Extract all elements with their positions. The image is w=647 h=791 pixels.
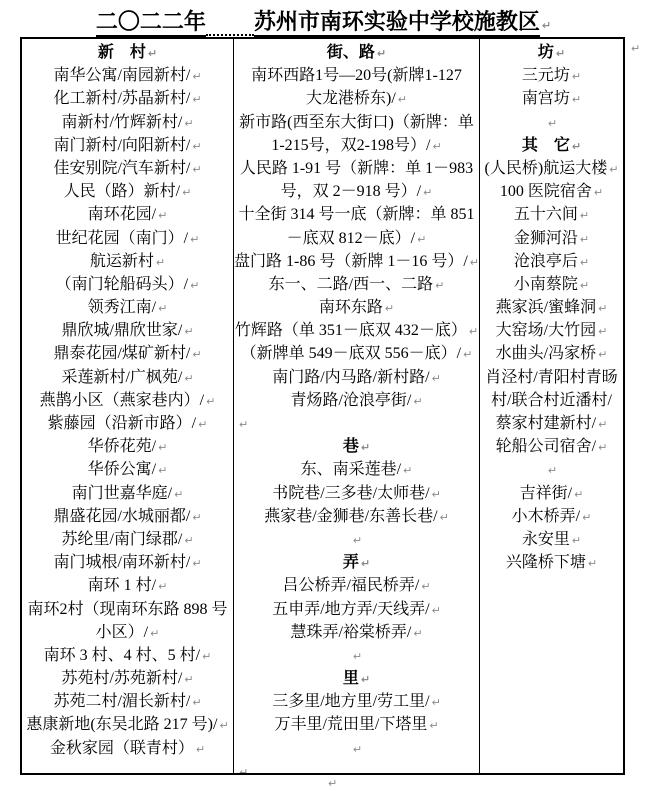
paragraph-mark-icon: ↵ bbox=[182, 186, 191, 199]
line-text: 弄 bbox=[343, 554, 359, 571]
paragraph-mark-icon: ↵ bbox=[184, 673, 193, 686]
line-text: 惠康新地(东吴北路 217 号)/ bbox=[26, 716, 217, 733]
line-text: 沧浪亭后 bbox=[514, 253, 578, 270]
list-line: 万丰里/荒田里/下塔里↵ bbox=[234, 713, 479, 736]
line-text: 大龙港桥东)/ bbox=[306, 90, 396, 107]
paragraph-mark-icon: ↵ bbox=[432, 140, 441, 153]
paragraph-mark-icon: ↵ bbox=[574, 488, 583, 501]
line-text: 金狮河沿 bbox=[514, 230, 578, 247]
paragraph-mark-icon: ↵ bbox=[580, 279, 589, 292]
line-text: 人民路 1-91 号（新牌：单 1－983 bbox=[240, 160, 473, 177]
blank-line: ↵ bbox=[234, 737, 479, 760]
line-text: 南新村/竹辉新村/ bbox=[61, 114, 182, 131]
section-header: 其 它↵ bbox=[480, 134, 623, 157]
list-line: 南环花园/↵ bbox=[22, 203, 233, 226]
blank-line: ↵ bbox=[234, 644, 479, 667]
list-line: 南环东路↵ bbox=[234, 296, 479, 319]
line-text: 人民（路）新村/ bbox=[64, 183, 180, 200]
paragraph-mark-icon: ↵ bbox=[421, 580, 430, 593]
list-line: 小木桥弄/↵ bbox=[480, 505, 623, 528]
paragraph-mark-icon: ↵ bbox=[432, 372, 441, 385]
list-line: 鼎盛花园/水城丽都/↵ bbox=[22, 505, 233, 528]
paragraph-mark-icon: ↵ bbox=[548, 464, 557, 477]
paragraph-mark-icon: ↵ bbox=[192, 163, 201, 176]
paragraph-mark-icon: ↵ bbox=[158, 464, 167, 477]
paragraph-mark-icon: ↵ bbox=[156, 256, 165, 269]
column-header-text: 坊 bbox=[538, 44, 554, 61]
line-text: 吕公桥弄/福民桥弄/ bbox=[282, 577, 419, 594]
list-line: 大窑场/大竹园↵ bbox=[480, 319, 623, 342]
line-text: 肖泾村/青阳村青旸 bbox=[485, 369, 617, 386]
line-text: 南环花园/ bbox=[88, 206, 156, 223]
title-underline-gap bbox=[206, 14, 254, 36]
list-line: 惠康新地(东吴北路 217 号)/↵ bbox=[22, 713, 233, 736]
paragraph-mark-icon: ↵ bbox=[572, 534, 581, 547]
title-school-name: 苏州市南环实验中学校施教区 bbox=[254, 9, 540, 37]
line-text: 苏苑二村/湄长新村/ bbox=[53, 693, 190, 710]
list-line: 南门城根/南环新村/↵ bbox=[22, 551, 233, 574]
list-line: 紫藤园（沿新市路）/↵ bbox=[22, 412, 233, 435]
list-line: 五申弄/地方弄/天线弄/↵ bbox=[234, 598, 479, 621]
column-jielu: 街、路↵ 南环西路1号—20号(新牌1-127大龙港桥东)/↵新市路(西至东大街… bbox=[234, 39, 480, 773]
line-text: 永安里 bbox=[522, 531, 570, 548]
blank-line: ↵ bbox=[480, 111, 623, 134]
paragraph-mark-icon: ↵ bbox=[469, 325, 478, 338]
list-line: 号，双 2－918 号）/↵ bbox=[234, 180, 479, 203]
paragraph-mark-icon: ↵ bbox=[588, 557, 597, 570]
paragraph-mark-icon: ↵ bbox=[572, 93, 581, 106]
line-text: 里 bbox=[343, 670, 359, 687]
blank-line: ↵ bbox=[480, 458, 623, 481]
table-row-end-mark-icon: ↵ bbox=[631, 42, 640, 55]
line-text: 1-215号，双2-198号）/ bbox=[271, 137, 430, 154]
paragraph-mark-icon: ↵ bbox=[440, 511, 449, 524]
list-line: 村/联合村近潘村/ bbox=[480, 389, 623, 412]
paragraph-mark-icon: ↵ bbox=[542, 19, 551, 32]
section-header: 巷↵ bbox=[234, 435, 479, 458]
fang-list: 三元坊↵南宫坊↵↵其 它↵(人民桥)航运大楼↵100 医院宿舍↵五十六间↵金狮河… bbox=[480, 64, 623, 574]
blank-line: ↵ bbox=[234, 412, 479, 435]
column-xincun: 新 村↵ 南华公寓/南园新村/↵化工新村/苏晶新村/↵南新村/竹辉新村/↵南门新… bbox=[22, 39, 234, 773]
line-text: 金秋家园（联青村） bbox=[50, 740, 194, 757]
paragraph-mark-icon: ↵ bbox=[413, 627, 422, 640]
line-text: 采莲新村/广枫苑/ bbox=[61, 369, 182, 386]
line-text: 南华公寓/南园新村/ bbox=[53, 67, 190, 84]
line-text: 佳安别院/汽车新村/ bbox=[53, 160, 190, 177]
line-text: 青炀路/沧浪亭街/ bbox=[290, 392, 411, 409]
paragraph-mark-icon: ↵ bbox=[148, 47, 157, 60]
list-line: 十全街 314 号一底（新牌：单 851 bbox=[234, 203, 479, 226]
list-line: 东、南采莲巷/↵ bbox=[234, 458, 479, 481]
district-table: 新 村↵ 南华公寓/南园新村/↵化工新村/苏晶新村/↵南新村/竹辉新村/↵南门新… bbox=[20, 37, 625, 775]
paragraph-mark-icon: ↵ bbox=[184, 534, 193, 547]
list-line: 苏纶里/南门绿郡/↵ bbox=[22, 528, 233, 551]
list-line: 吉祥街/↵ bbox=[480, 482, 623, 505]
list-line: 小南蔡院↵ bbox=[480, 273, 623, 296]
line-text: 竹辉路（单 351－底双 432－底） bbox=[235, 322, 467, 339]
paragraph-mark-icon: ↵ bbox=[432, 604, 441, 617]
paragraph-mark-icon: ↵ bbox=[385, 302, 394, 315]
list-line: 蔡家村建新村/↵ bbox=[480, 412, 623, 435]
list-line: 三多里/地方里/劳工里/↵ bbox=[234, 690, 479, 713]
column-header-fang: 坊↵ bbox=[480, 41, 623, 64]
list-line: 五十六间↵ bbox=[480, 203, 623, 226]
list-line: 水曲头/冯家桥↵ bbox=[480, 342, 623, 365]
document-end-mark-icon: ↵ bbox=[328, 777, 337, 790]
paragraph-mark-icon: ↵ bbox=[413, 395, 422, 408]
line-text: 小南蔡院 bbox=[514, 276, 578, 293]
paragraph-mark-icon: ↵ bbox=[556, 47, 565, 60]
line-text: 华侨花苑/ bbox=[88, 438, 156, 455]
column-header-jielu: 街、路↵ bbox=[234, 41, 479, 64]
paragraph-mark-icon: ↵ bbox=[361, 673, 370, 686]
column-header-xincun: 新 村↵ bbox=[22, 41, 233, 64]
line-text: 南环东路 bbox=[319, 299, 383, 316]
line-text: 五申弄/地方弄/天线弄/ bbox=[272, 601, 429, 618]
paragraph-mark-icon: ↵ bbox=[184, 372, 193, 385]
list-line: 金秋家园（联青村）↵ bbox=[22, 737, 233, 760]
paragraph-mark-icon: ↵ bbox=[158, 209, 167, 222]
list-line: 金狮河沿↵ bbox=[480, 227, 623, 250]
list-line: 佳安别院/汽车新村/↵ bbox=[22, 157, 233, 180]
paragraph-mark-icon: ↵ bbox=[572, 140, 581, 153]
paragraph-mark-icon: ↵ bbox=[192, 696, 201, 709]
list-line: （新牌单 549－底双 556－底）/↵ bbox=[234, 342, 479, 365]
title-year: 二〇二二年 bbox=[96, 9, 206, 37]
list-line: 新市路(西至东大街口)（新牌：单 bbox=[234, 111, 479, 134]
line-text: 五十六间 bbox=[514, 206, 578, 223]
line-text: 领秀江南/ bbox=[88, 299, 156, 316]
list-line: 轮船公司宿舍/↵ bbox=[480, 435, 623, 458]
list-line: 南环 1 村/↵ bbox=[22, 574, 233, 597]
line-text: （南门轮船码头）/ bbox=[56, 276, 188, 293]
paragraph-mark-icon: ↵ bbox=[361, 441, 370, 454]
list-line: 鼎欣城/鼎欣世家/↵ bbox=[22, 319, 233, 342]
list-line: 南华公寓/南园新村/↵ bbox=[22, 64, 233, 87]
line-text: 燕家浜/蜜蜂洞 bbox=[496, 299, 596, 316]
list-line: 沧浪亭后↵ bbox=[480, 250, 623, 273]
page-title: 二〇二二年苏州市南环实验中学校施教区↵ bbox=[0, 5, 647, 36]
paragraph-mark-icon: ↵ bbox=[190, 279, 199, 292]
list-line: 世纪花园（南门）/↵ bbox=[22, 227, 233, 250]
list-line: （南门轮船码头）/↵ bbox=[22, 273, 233, 296]
list-line: 青炀路/沧浪亭街/↵ bbox=[234, 389, 479, 412]
list-line: 盘门路 1-86 号（新牌 1－16 号）/↵ bbox=[234, 250, 479, 273]
list-line: 苏苑村/苏苑新村/↵ bbox=[22, 667, 233, 690]
paragraph-mark-icon: ↵ bbox=[598, 441, 607, 454]
paragraph-mark-icon: ↵ bbox=[572, 70, 581, 83]
list-line: 燕鹊小区（燕家巷内）/↵ bbox=[22, 389, 233, 412]
line-text: 鼎盛花园/水城丽都/ bbox=[53, 508, 190, 525]
list-line: 南新村/竹辉新村/↵ bbox=[22, 111, 233, 134]
line-text: 其 它 bbox=[522, 137, 570, 154]
line-text: 十全街 314 号一底（新牌：单 851 bbox=[238, 206, 474, 223]
line-text: 南环2村（现南环东路 898 号 bbox=[27, 601, 227, 618]
blank-line: ↵ bbox=[234, 528, 479, 551]
paragraph-mark-icon: ↵ bbox=[398, 93, 407, 106]
list-line: 南门世嘉华庭/↵ bbox=[22, 482, 233, 505]
line-text: 燕鹊小区（燕家巷内）/ bbox=[40, 392, 204, 409]
list-line: 小区）/↵ bbox=[22, 621, 233, 644]
list-line: 苏苑二村/湄长新村/↵ bbox=[22, 690, 233, 713]
paragraph-mark-icon: ↵ bbox=[184, 325, 193, 338]
line-text: 小木桥弄/ bbox=[512, 508, 580, 525]
line-text: 鼎泰花园/煤矿新村/ bbox=[53, 345, 190, 362]
paragraph-mark-icon: ↵ bbox=[192, 93, 201, 106]
list-line: 华侨花苑/↵ bbox=[22, 435, 233, 458]
paragraph-mark-icon: ↵ bbox=[377, 47, 386, 60]
list-line: 燕家巷/金狮巷/东善长巷/↵ bbox=[234, 505, 479, 528]
list-line: 慧珠弄/裕棠桥弄/↵ bbox=[234, 621, 479, 644]
list-line: 人民路 1-91 号（新牌：单 1－983 bbox=[234, 157, 479, 180]
paragraph-mark-icon: ↵ bbox=[206, 395, 215, 408]
xincun-list: 南华公寓/南园新村/↵化工新村/苏晶新村/↵南新村/竹辉新村/↵南门新村/向阳新… bbox=[22, 64, 233, 760]
paragraph-mark-icon: ↵ bbox=[417, 233, 426, 246]
paragraph-mark-icon: ↵ bbox=[192, 140, 201, 153]
list-line: 航运新村↵ bbox=[22, 250, 233, 273]
paragraph-mark-icon: ↵ bbox=[594, 186, 603, 199]
line-text: 万丰里/荒田里/下塔里 bbox=[274, 716, 427, 733]
blank-line: ↵ bbox=[234, 760, 479, 773]
list-line: 永安里↵ bbox=[480, 528, 623, 551]
line-text: 书院巷/三多巷/太师巷/ bbox=[272, 485, 429, 502]
line-text: 南环 1 村/ bbox=[88, 577, 156, 594]
line-text: 南门世嘉华庭/ bbox=[72, 485, 172, 502]
paragraph-mark-icon: ↵ bbox=[598, 302, 607, 315]
line-text: 华侨公寓/ bbox=[88, 461, 156, 478]
list-line: －底双 812－底）/↵ bbox=[234, 227, 479, 250]
line-text: 东一、二路/西一、二路 bbox=[269, 276, 433, 293]
line-text: 南门新村/向阳新村/ bbox=[53, 137, 190, 154]
line-text: 航运新村 bbox=[90, 253, 154, 270]
line-text: 紫藤园（沿新市路）/ bbox=[48, 415, 196, 432]
paragraph-mark-icon: ↵ bbox=[158, 580, 167, 593]
list-line: 大龙港桥东)/↵ bbox=[234, 87, 479, 110]
line-text: 巷 bbox=[343, 438, 359, 455]
list-line: 三元坊↵ bbox=[480, 64, 623, 87]
paragraph-mark-icon: ↵ bbox=[423, 186, 432, 199]
line-text: 南宫坊 bbox=[522, 90, 570, 107]
paragraph-mark-icon: ↵ bbox=[432, 488, 441, 501]
paragraph-mark-icon: ↵ bbox=[580, 209, 589, 222]
jielu-list: 南环西路1号—20号(新牌1-127大龙港桥东)/↵新市路(西至东大街口)（新牌… bbox=[234, 64, 479, 773]
column-header-text: 新 村 bbox=[98, 44, 146, 61]
line-text: 东、南采莲巷/ bbox=[301, 461, 401, 478]
list-line: 鼎泰花园/煤矿新村/↵ bbox=[22, 342, 233, 365]
line-text: 化工新村/苏晶新村/ bbox=[53, 90, 190, 107]
paragraph-mark-icon: ↵ bbox=[353, 534, 362, 547]
paragraph-mark-icon: ↵ bbox=[202, 650, 211, 663]
line-text: 世纪花园（南门）/ bbox=[56, 230, 188, 247]
paragraph-mark-icon: ↵ bbox=[609, 163, 618, 176]
line-text: (人民桥)航运大楼 bbox=[485, 160, 608, 177]
list-line: 1-215号，双2-198号）/↵ bbox=[234, 134, 479, 157]
list-line: 领秀江南/↵ bbox=[22, 296, 233, 319]
line-text: （新牌单 549－底双 556－底）/ bbox=[241, 345, 461, 362]
line-text: 盘门路 1-86 号（新牌 1－16 号）/ bbox=[234, 253, 468, 270]
line-text: 南环 3 村、4 村、5 村/ bbox=[44, 647, 200, 664]
paragraph-mark-icon: ↵ bbox=[598, 325, 607, 338]
paragraph-mark-icon: ↵ bbox=[598, 348, 607, 361]
paragraph-mark-icon: ↵ bbox=[403, 464, 412, 477]
paragraph-mark-icon: ↵ bbox=[158, 441, 167, 454]
paragraph-mark-icon: ↵ bbox=[239, 418, 248, 431]
list-line: 化工新村/苏晶新村/↵ bbox=[22, 87, 233, 110]
paragraph-mark-icon: ↵ bbox=[174, 488, 183, 501]
paragraph-mark-icon: ↵ bbox=[192, 348, 201, 361]
line-text: 水曲头/冯家桥 bbox=[496, 345, 596, 362]
paragraph-mark-icon: ↵ bbox=[239, 766, 248, 773]
line-text: 蔡家村建新村/ bbox=[496, 415, 596, 432]
line-text: －底双 812－底）/ bbox=[287, 230, 415, 247]
paragraph-mark-icon: ↵ bbox=[190, 233, 199, 246]
list-line: 采莲新村/广枫苑/↵ bbox=[22, 366, 233, 389]
line-text: 村/联合村近潘村/ bbox=[491, 392, 612, 409]
list-line: 东一、二路/西一、二路↵ bbox=[234, 273, 479, 296]
line-text: 三元坊 bbox=[522, 67, 570, 84]
paragraph-mark-icon: ↵ bbox=[192, 557, 201, 570]
list-line: 南环 3 村、4 村、5 村/↵ bbox=[22, 644, 233, 667]
line-text: 100 医院宿舍 bbox=[500, 183, 592, 200]
list-line: 肖泾村/青阳村青旸 bbox=[480, 366, 623, 389]
paragraph-mark-icon: ↵ bbox=[158, 302, 167, 315]
paragraph-mark-icon: ↵ bbox=[196, 743, 205, 756]
paragraph-mark-icon: ↵ bbox=[198, 418, 207, 431]
paragraph-mark-icon: ↵ bbox=[353, 650, 362, 663]
line-text: 号，双 2－918 号）/ bbox=[281, 183, 421, 200]
line-text: 南门路/内马路/新村路/ bbox=[272, 369, 429, 386]
list-line: 兴隆桥下塘↵ bbox=[480, 551, 623, 574]
paragraph-mark-icon: ↵ bbox=[219, 719, 228, 732]
paragraph-mark-icon: ↵ bbox=[192, 70, 201, 83]
paragraph-mark-icon: ↵ bbox=[580, 233, 589, 246]
column-fang: 坊↵ 三元坊↵南宫坊↵↵其 它↵(人民桥)航运大楼↵100 医院宿舍↵五十六间↵… bbox=[480, 39, 623, 773]
list-line: 南门路/内马路/新村路/↵ bbox=[234, 366, 479, 389]
column-header-text: 街、路 bbox=[327, 44, 375, 61]
paragraph-mark-icon: ↵ bbox=[361, 557, 370, 570]
line-text: 苏苑村/苏苑新村/ bbox=[61, 670, 182, 687]
line-text: 新市路(西至东大街口)（新牌：单 bbox=[239, 114, 474, 131]
paragraph-mark-icon: ↵ bbox=[192, 511, 201, 524]
list-line: 100 医院宿舍↵ bbox=[480, 180, 623, 203]
paragraph-mark-icon: ↵ bbox=[580, 256, 589, 269]
paragraph-mark-icon: ↵ bbox=[598, 418, 607, 431]
line-text: 慧珠弄/裕棠桥弄/ bbox=[290, 624, 411, 641]
line-text: 轮船公司宿舍/ bbox=[496, 438, 596, 455]
section-header: 里↵ bbox=[234, 667, 479, 690]
line-text: 南环西路1号—20号(新牌1-127 bbox=[251, 67, 462, 84]
list-line: 人民（路）新村/↵ bbox=[22, 180, 233, 203]
list-line: 南门新村/向阳新村/↵ bbox=[22, 134, 233, 157]
line-text: 大窑场/大竹园 bbox=[496, 322, 596, 339]
line-text: 苏纶里/南门绿郡/ bbox=[61, 531, 182, 548]
line-text: 南门城根/南环新村/ bbox=[53, 554, 190, 571]
line-text: 燕家巷/金狮巷/东善长巷/ bbox=[264, 508, 437, 525]
list-line: 南宫坊↵ bbox=[480, 87, 623, 110]
list-line: 华侨公寓/↵ bbox=[22, 458, 233, 481]
section-header: 弄↵ bbox=[234, 551, 479, 574]
paragraph-mark-icon: ↵ bbox=[429, 719, 438, 732]
paragraph-mark-icon: ↵ bbox=[432, 696, 441, 709]
list-line: (人民桥)航运大楼↵ bbox=[480, 157, 623, 180]
line-text: 兴隆桥下塘 bbox=[506, 554, 586, 571]
list-line: 燕家浜/蜜蜂洞↵ bbox=[480, 296, 623, 319]
paragraph-mark-icon: ↵ bbox=[548, 117, 557, 130]
line-text: 鼎欣城/鼎欣世家/ bbox=[61, 322, 182, 339]
paragraph-mark-icon: ↵ bbox=[470, 256, 479, 269]
paragraph-mark-icon: ↵ bbox=[463, 348, 472, 361]
list-line: 南环2村（现南环东路 898 号 bbox=[22, 598, 233, 621]
paragraph-mark-icon: ↵ bbox=[582, 511, 591, 524]
line-text: 小区）/ bbox=[96, 624, 148, 641]
line-text: 吉祥街/ bbox=[520, 485, 572, 502]
paragraph-mark-icon: ↵ bbox=[184, 117, 193, 130]
paragraph-mark-icon: ↵ bbox=[435, 279, 444, 292]
line-text: 三多里/地方里/劳工里/ bbox=[272, 693, 429, 710]
list-line: 竹辉路（单 351－底双 432－底）↵ bbox=[234, 319, 479, 342]
list-line: 吕公桥弄/福民桥弄/↵ bbox=[234, 574, 479, 597]
paragraph-mark-icon: ↵ bbox=[353, 743, 362, 756]
paragraph-mark-icon: ↵ bbox=[150, 627, 159, 640]
list-line: 书院巷/三多巷/太师巷/↵ bbox=[234, 482, 479, 505]
list-line: 南环西路1号—20号(新牌1-127 bbox=[234, 64, 479, 87]
